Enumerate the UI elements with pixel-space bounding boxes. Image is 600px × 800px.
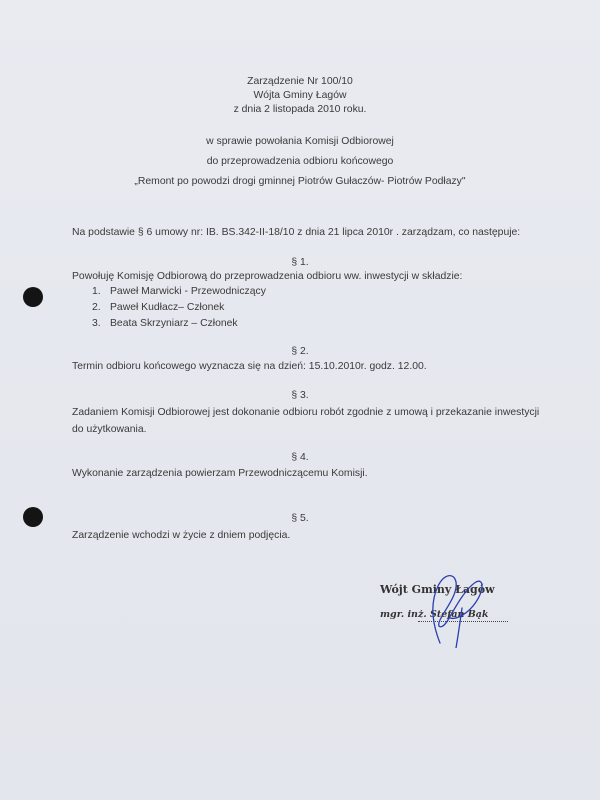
issuer: Wójta Gminy Łagów: [0, 89, 600, 103]
section-heading: § 2.: [0, 345, 600, 359]
decree-number: Zarządzenie Nr 100/10: [0, 75, 600, 89]
section-text: Zarządzenie wchodzi w życie z dniem podj…: [72, 529, 290, 543]
section-text: Powołuję Komisję Odbiorową do przeprowad…: [72, 270, 462, 284]
subject-line: w sprawie powołania Komisji Odbiorowej: [0, 135, 600, 149]
section-heading: § 3.: [0, 389, 600, 403]
handwritten-signature-icon: [410, 568, 500, 648]
list-item: 1.Paweł Marwicki - Przewodniczący: [92, 285, 266, 299]
scanned-page: Zarządzenie Nr 100/10 Wójta Gminy Łagów …: [0, 0, 600, 800]
section-text: Termin odbioru końcowego wyznacza się na…: [72, 360, 427, 374]
decree-date: z dnia 2 listopada 2010 roku.: [0, 103, 600, 117]
subject-line: do przeprowadzenia odbioru końcowego: [0, 155, 600, 169]
section-text: do użytkowania.: [72, 423, 147, 437]
project-title: „Remont po powodzi drogi gminnej Piotrów…: [0, 175, 600, 189]
section-text: Zadaniem Komisji Odbiorowej jest dokonan…: [72, 406, 539, 420]
section-heading: § 1.: [0, 256, 600, 270]
list-item: 3.Beata Skrzyniarz – Członek: [92, 317, 238, 331]
punch-hole: [23, 287, 43, 307]
list-item: 2.Paweł Kudłacz– Członek: [92, 301, 224, 315]
section-text: Wykonanie zarządzenia powierzam Przewodn…: [72, 467, 368, 481]
section-heading: § 4.: [0, 451, 600, 465]
legal-basis: Na podstawie § 6 umowy nr: IB. BS.342-II…: [72, 226, 520, 240]
section-heading: § 5.: [0, 512, 600, 526]
